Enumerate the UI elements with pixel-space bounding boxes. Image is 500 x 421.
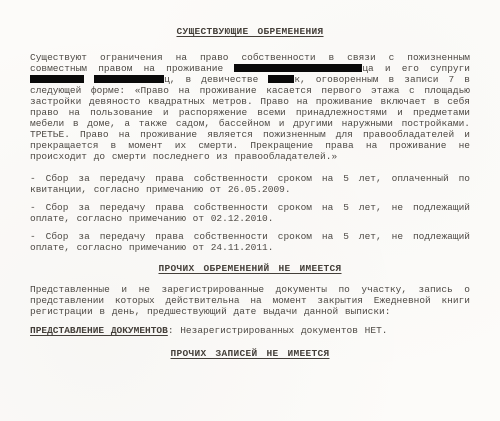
docs-presentation-label: ПРЕДСТАВЛЕНИЕ ДОКУМЕНТОВ [30, 325, 168, 336]
fee-item-1: - Сбор за передачу права собственности с… [30, 173, 470, 195]
submitted-docs-paragraph: Представленные и не зарегистрированные д… [30, 284, 470, 317]
docs-presentation-value: Незарегистрированных документов НЕТ. [180, 325, 387, 336]
redaction-box [268, 75, 294, 83]
title-existing-encumbrances: СУЩЕСТВУЮЩИЕ ОБРЕМЕНЕНИЯ [30, 26, 470, 37]
document-page: СУЩЕСТВУЮЩИЕ ОБРЕМЕНЕНИЯ Существуют огра… [0, 0, 500, 359]
redaction-box [30, 75, 84, 83]
encumbrance-paragraph: Существуют ограничения на право собствен… [30, 52, 470, 162]
fee-item-3: - Сбор за передачу права собственности с… [30, 231, 470, 253]
heading-no-other-records: ПРОЧИХ ЗАПИСЕЙ НЕ ИМЕЕТСЯ [30, 348, 470, 359]
heading-no-other-encumbrances-text: ПРОЧИХ ОБРЕМЕНЕНИЙ НЕ ИМЕЕТСЯ [158, 263, 341, 274]
redaction-box [94, 75, 164, 83]
title-text: СУЩЕСТВУЮЩИЕ ОБРЕМЕНЕНИЯ [176, 26, 323, 37]
redaction-box [234, 64, 362, 72]
docs-presentation-line: ПРЕДСТАВЛЕНИЕ ДОКУМЕНТОВ: Незарегистриро… [30, 325, 470, 336]
heading-no-other-encumbrances: ПРОЧИХ ОБРЕМЕНЕНИЙ НЕ ИМЕЕТСЯ [30, 263, 470, 274]
docs-presentation-colon: : [168, 325, 180, 336]
fee-item-2: - Сбор за передачу права собственности с… [30, 202, 470, 224]
heading-no-other-records-text: ПРОЧИХ ЗАПИСЕЙ НЕ ИМЕЕТСЯ [170, 348, 329, 359]
